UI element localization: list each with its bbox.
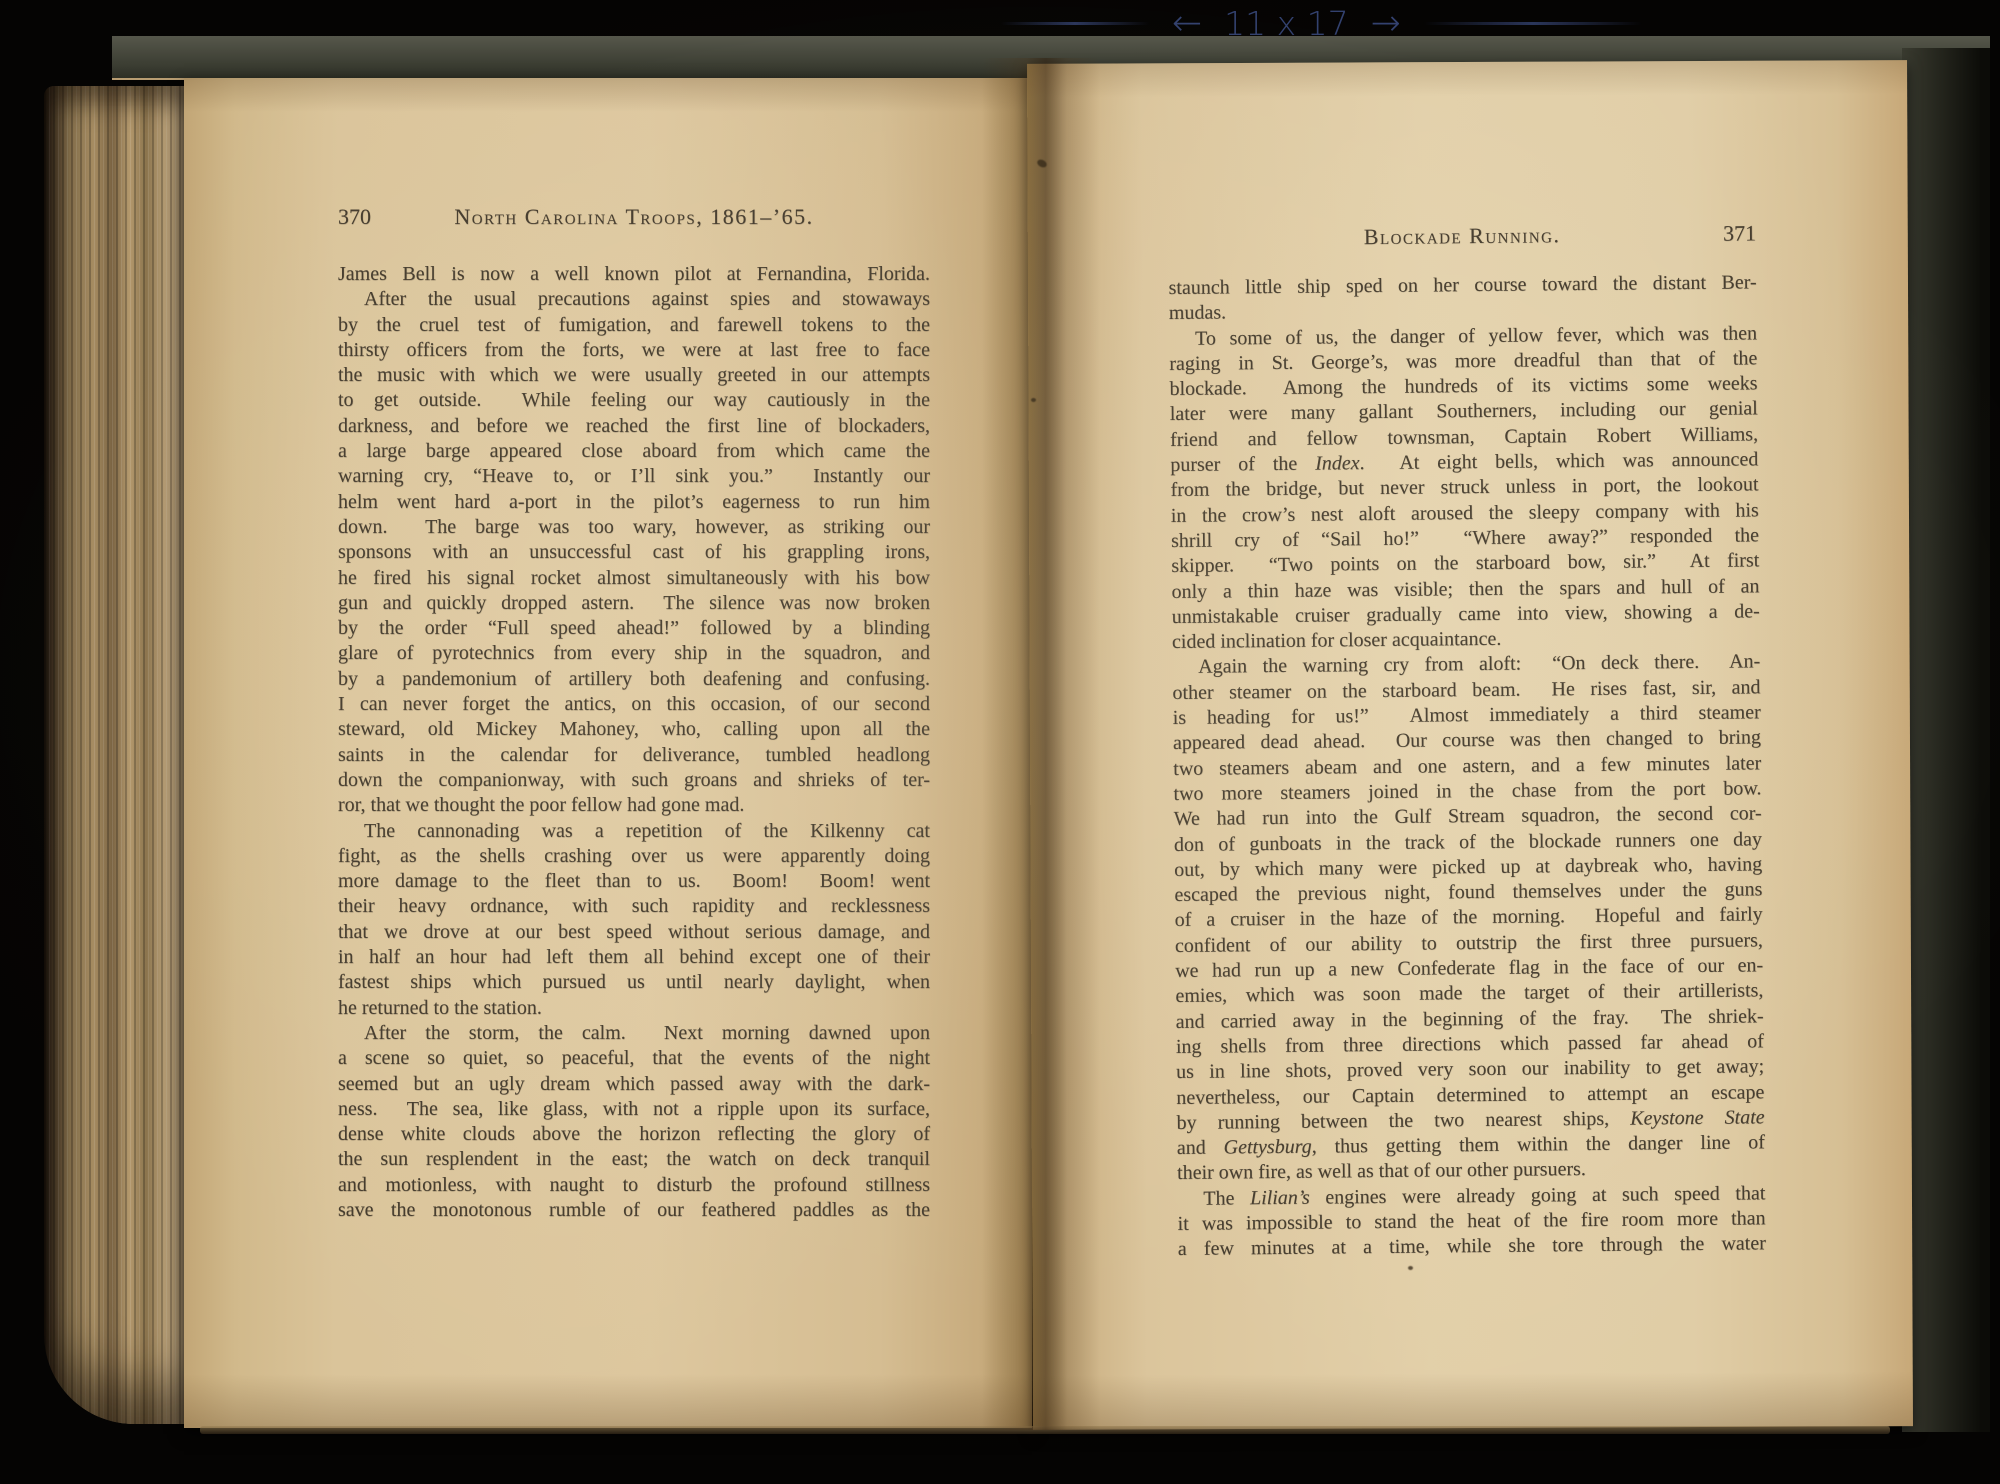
right-running-header-row: Blockade Running. 371 — [1168, 220, 1756, 256]
text-line: fight, as the shells crashing over us we… — [338, 844, 930, 869]
foxing-speck — [1408, 1266, 1413, 1270]
text-line: a large barge appeared close aboard from… — [338, 439, 930, 464]
text-line: The cannonading was a repetition of the … — [338, 819, 930, 844]
right-page-text: staunch little ship sped on her course t… — [1168, 270, 1765, 1262]
right-page-content: Blockade Running. 371 staunch little shi… — [1168, 220, 1766, 1262]
text-line: thirsty officers from the forts, we were… — [338, 338, 930, 363]
text-line: warning cry, “Heave to, or I’ll sink you… — [338, 464, 930, 489]
text-line: After the usual precautions against spie… — [338, 287, 930, 312]
text-line: ror, that we thought the poor fellow had… — [338, 793, 930, 818]
annotation-line-right — [1423, 22, 1643, 25]
left-page-text: James Bell is now a well known pilot at … — [338, 262, 930, 1223]
text-line: glare of pyrotechnics from every ship in… — [338, 641, 930, 666]
book-photo-background: ← 11 x 17 → 370 North Carolina Troops, 1… — [0, 0, 2000, 1484]
foxing-speck — [1031, 398, 1036, 402]
text-line: in half an hour had left them all behind… — [338, 945, 930, 970]
text-line: seemed but an ugly dream which passed aw… — [338, 1072, 930, 1097]
text-line: he returned to the station. — [338, 996, 930, 1021]
text-line: darkness, and before we reached the firs… — [338, 414, 930, 439]
left-running-header: North Carolina Troops, 1861–’65. — [338, 204, 930, 230]
text-line: fastest ships which pursued us until nea… — [338, 970, 930, 995]
text-line: by the cruel test of fumigation, and far… — [338, 313, 930, 338]
right-page-number: 371 — [1723, 220, 1756, 246]
text-line: sponsons with an unsuccessful cast of hi… — [338, 540, 930, 565]
text-line: their heavy ordnance, with such rapidity… — [338, 894, 930, 919]
text-line: down the companionway, with such groans … — [338, 768, 930, 793]
book-cover-right-edge — [1902, 48, 1990, 1432]
text-line: save the monotonous rumble of our feathe… — [338, 1198, 930, 1223]
left-running-header-row: 370 North Carolina Troops, 1861–’65. — [338, 204, 930, 234]
text-line: After the storm, the calm. Next morning … — [338, 1021, 930, 1046]
text-line: ness. The sea, like glass, with not a ri… — [338, 1097, 930, 1122]
text-line: the music with which we were usually gre… — [338, 363, 930, 388]
page-fore-edge-stack — [44, 86, 186, 1424]
text-line: more damage to the fleet than to us. Boo… — [338, 869, 930, 894]
text-line: a scene so quiet, so peaceful, that the … — [338, 1046, 930, 1071]
text-line: dense white clouds above the horizon ref… — [338, 1122, 930, 1147]
left-page-number: 370 — [338, 204, 371, 230]
text-line: he fired his signal rocket almost simult… — [338, 566, 930, 591]
text-line: that we drove at our best speed without … — [338, 920, 930, 945]
text-line: and motionless, with naught to disturb t… — [338, 1173, 930, 1198]
text-line: I can never forget the antics, on this o… — [338, 692, 930, 717]
text-line: saints in the calendar for deliverance, … — [338, 743, 930, 768]
left-page-content: 370 North Carolina Troops, 1861–’65. Jam… — [338, 204, 930, 1223]
book-gutter-shadow — [982, 58, 1100, 1430]
text-line: to get outside. While feeling our way ca… — [338, 388, 930, 413]
text-line: gun and quickly dropped astern. The sile… — [338, 591, 930, 616]
text-line: James Bell is now a well known pilot at … — [338, 262, 930, 287]
text-line: by the order “Full speed ahead!” followe… — [338, 616, 930, 641]
right-running-header: Blockade Running. — [1168, 220, 1756, 252]
text-line: helm went hard a-port in the pilot’s eag… — [338, 490, 930, 515]
text-line: down. The barge was too wary, however, a… — [338, 515, 930, 540]
annotation-line-left — [1000, 22, 1150, 25]
text-line: the sun resplendent in the east; the wat… — [338, 1147, 930, 1172]
text-line: steward, old Mickey Mahoney, who, callin… — [338, 717, 930, 742]
text-line: by a pandemonium of artillery both deafe… — [338, 667, 930, 692]
